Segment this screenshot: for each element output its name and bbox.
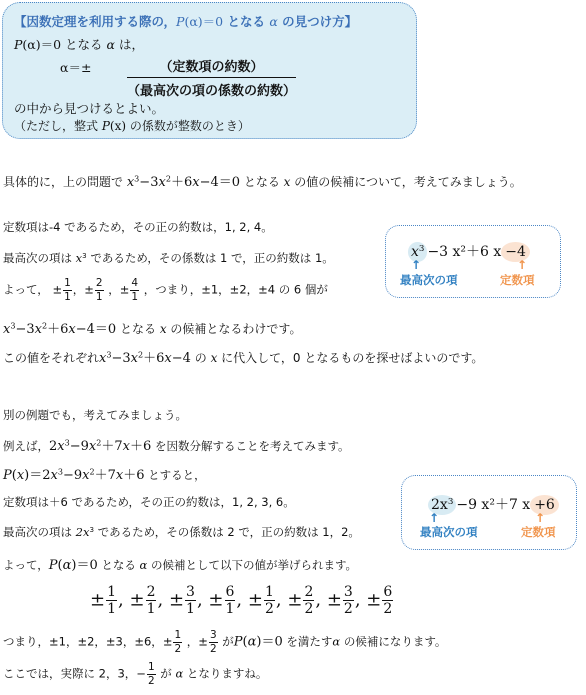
intro-line: 具体的に，上の問題で x3−3x2＋6x−4＝0 となる x の値の候補について… <box>3 171 522 190</box>
example2-constant-line: 定数項は＋6 であるため，その正の約数は，1, 2, 3, 6。 <box>3 494 295 510</box>
example1-leading-line: 最高次の項は x3 であるため，その係数は 1 で，正の約数は 1。 <box>3 250 334 266</box>
summary-line-note: （ただし，整式 P(x) の係数が整数のとき） <box>14 117 250 134</box>
example2-intro: 別の例題でも，考えてみましょう。 <box>3 407 187 423</box>
summary-line-condition: P(α)＝0 となる α は， <box>14 35 144 53</box>
example1-equation-line: x3−3x2＋6x−4＝0 となる x の候補となるわけです。 <box>3 318 301 337</box>
example2-define-line: P(x)＝2x3−9x2＋7x＋6 とすると， <box>3 464 206 483</box>
fraction-denominator: （最高次の項の係数の約数） <box>127 78 296 99</box>
summary-box-title: 【因数定理を利用する際の，P(α)＝0 となる α の見つけ方】 <box>14 12 357 30</box>
alpha-equals: α＝± <box>60 58 91 76</box>
candidate-list: ±11, ±21, ±31, ±61, ±12, ±22, ±32, ±62 <box>90 585 394 616</box>
example2-candidates-intro: よって，P(α)＝0 となる α の候補として以下の値が挙げられます。 <box>3 554 357 573</box>
callout1-expression: x3−3 x²＋6 x−4 <box>408 241 530 261</box>
label-leading-term: 最高次の項 <box>400 272 458 288</box>
arrow-up-icon: ↑ <box>517 258 527 272</box>
arrow-up-icon: ↑ <box>411 258 421 272</box>
summary-line-find: の中から見つけるとよい。 <box>14 99 164 117</box>
example1-constant-line: 定数項は-4 であるため，その正の約数は，1, 2, 4。 <box>3 219 273 235</box>
label-constant-term: 定数項 <box>500 272 535 288</box>
intro-equation: x3−3x2＋6x−4＝0 <box>127 175 240 190</box>
example2-factor-line: 例えば，2x3−9x2＋7x＋6 を因数分解することを考えてみます。 <box>3 435 350 454</box>
example2-answer-line: ここでは，実際に 2，3，−12 が α となりますね。 <box>3 662 267 686</box>
arrow-up-icon: ↑ <box>429 511 439 525</box>
arrow-up-icon: ↑ <box>535 511 545 525</box>
divisor-fraction: （定数項の約数） （最高次の項の係数の約数） <box>127 56 296 99</box>
label-constant-term: 定数項 <box>521 524 556 540</box>
example2-summary-line: つまり，±1，±2，±3，±6，±12 ，±32 がP(α)＝0 を満たすα の… <box>3 630 446 654</box>
example1-candidates-line: よって， ±11，±21 ，±41 ，つまり，±1，±2，±4 の 6 個が <box>3 278 328 302</box>
label-leading-term: 最高次の項 <box>420 524 478 540</box>
example1-substitute-line: この値をそれぞれx3−3x2＋6x−4 の x に代入して，0 となるものを探せ… <box>3 347 483 366</box>
example2-leading-line: 最高次の項は 2x3 であるため，その係数は 2 で，正の約数は 1，2。 <box>3 524 360 540</box>
fraction-numerator: （定数項の約数） <box>127 56 296 78</box>
